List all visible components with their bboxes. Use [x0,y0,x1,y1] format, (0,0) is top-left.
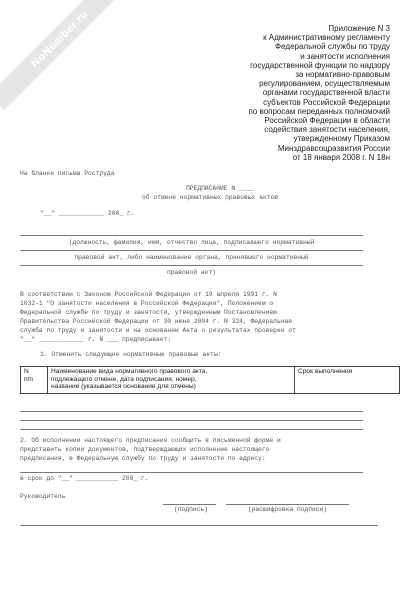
blank-line [20,420,363,421]
addressee-caption-3: правовой акт) [20,269,363,276]
signature-decode-line [226,504,349,505]
paragraph-line: "__" ____________ г. N ___ предписывает: [20,336,375,345]
paragraph-line: Федеральной службе по труду и занятости,… [20,309,375,318]
addressee-line-3 [20,265,363,266]
header-act-name: Наименование вида нормативного правового… [48,367,295,394]
blank-line [20,429,363,430]
acts-table: N п/п Наименование вида нормативного пра… [20,366,400,394]
deadline-line: в срок до "__" ___________ 200_ г. [20,475,148,482]
appendix-line: субъектов Российской Федерации [210,98,390,107]
item-2-paragraph: 2. Об исполнении настоящего предписания … [20,437,375,464]
appendix-line: Приложение N 3 [210,24,390,33]
signature-caption: (подпись) [163,506,219,513]
appendix-line: государственной функции по надзору [210,61,390,70]
appendix-line: содействия занятости населения, [210,125,390,134]
addressee-line-1 [20,235,363,236]
addressee-line-2 [20,250,363,251]
table-header-row: N п/п Наименование вида нормативного пра… [21,367,400,394]
footer-rule [20,525,378,526]
addressee-caption-2: правовой акт, либо наименование органа, … [20,254,363,261]
paragraph-line: представить копии документов, подтвержда… [20,446,375,455]
paragraph-line: служба по труду и занятости и на основан… [20,327,375,336]
paragraph-line: Правительства Российской Федерации от 30… [20,318,375,327]
appendix-line: и занятости исполнения [210,52,390,61]
appendix-line: Российской Федерации в области [210,116,390,125]
signature-decode-caption: (расшифровка подписи) [226,506,349,513]
appendix-line: от 18 января 2008 г. N 18н [210,153,390,162]
header-number: N п/п [21,367,48,394]
item-1: 1. Отменить следующие нормативные правов… [40,351,221,358]
letterhead-note: На бланке письма Роструда [20,170,114,177]
paragraph-line: 2. Об исполнении настоящего предписания … [20,437,375,446]
appendix-line: по вопросам переданных полномочий [210,107,390,116]
date-line: "__" ____________ 200_ г. [40,210,134,217]
signatory-role: Руководитель [20,493,65,500]
blank-line [20,411,363,412]
appendix-line: регулированием, осуществляемым [210,79,390,88]
appendix-line: Минздравсоцразвития России [210,144,390,153]
paragraph-line: В соответствии с Законом Российской Феде… [20,291,375,300]
appendix-line: Федеральной службы по труду [210,42,390,51]
appendix-line: к Административному регламенту [210,33,390,42]
paragraph-line: 1032-1 "О занятости населения в Российск… [20,300,375,309]
document-title: ПРЕДПИСАНИЕ N ____ [0,185,420,192]
addressee-caption-1: (должность, фамилия, имя, отчество лица,… [20,239,363,246]
appendix-line: утвержденному Приказом [210,134,390,143]
basis-paragraph: В соответствии с Законом Российской Феде… [20,291,375,344]
address-line [20,472,363,473]
paragraph-line: предписания, в Федеральную службу по тру… [20,455,375,464]
appendix-line: за нормативно-правовым [210,70,390,79]
signature-line [163,504,216,505]
appendix-line: органами государственной власти [210,88,390,97]
watermark: NoNumber.ru [0,0,131,110]
header-deadline: Срок выполнения [295,367,400,394]
appendix-header: Приложение N 3 к Административному регла… [210,24,390,162]
document-subtitle: об отмене нормативных правовых актов [0,194,420,201]
